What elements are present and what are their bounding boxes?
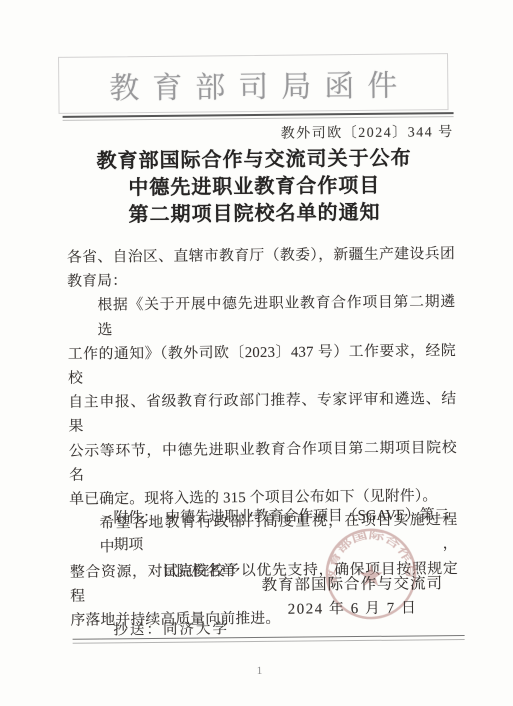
signature-org: 教育部国际合作与交流司 [261, 571, 443, 598]
notice-title: 教育部国际合作与交流司关于公布 中德先进职业教育合作项目 第二期项目院校名单的通… [60, 145, 449, 230]
cc-line: 抄送：同济大学 [113, 617, 229, 639]
notice-title-line-3: 第二期项目院校名单的通知 [60, 199, 448, 230]
notice-title-line-2: 中德先进职业教育合作项目 [60, 172, 448, 203]
attachment-line-1: 附件： 中德先进职业教育合作项目（SGAVE）第二期项 [69, 502, 458, 560]
body-line: 各省、自治区、直辖市教育厅（教委），新疆生产建设兵团 [67, 242, 455, 270]
letterhead-title: 教育部司局函件 [96, 60, 410, 107]
letterhead-divider [63, 112, 454, 121]
document-page: 教育部司局函件 教外司欧〔2024〕344 号 教育部国际合作与交流司关于公布 … [0, 0, 513, 706]
body-line: 工作的通知》（教外司欧〔2023〕437 号）工作要求，经院校 [68, 339, 456, 391]
doc-number: 教外司欧〔2024〕344 号 [281, 121, 454, 143]
signature-date: 2024 年 6 月 7 日 [262, 596, 444, 623]
signature-block: 教育部国际合作与交流司 2024 年 6 月 7 日 [261, 571, 443, 623]
scan-content: 教育部司局函件 教外司欧〔2024〕344 号 教育部国际合作与交流司关于公布 … [0, 0, 513, 706]
notice-title-line-1: 教育部国际合作与交流司关于公布 [60, 145, 448, 176]
page-number: 1 [3, 663, 513, 680]
body-line: 公示等环节，中德先进职业教育合作项目第二期项目院校名 [69, 436, 457, 488]
body-line: 根据《关于开展中德先进职业教育合作项目第二期遴选 [67, 290, 455, 342]
body-line: 自主申报、省级教育行政部门推荐、专家评审和遴选、结果 [68, 387, 456, 439]
letterhead-box: 教育部司局函件 [58, 53, 449, 114]
body-line: 教育局： [67, 266, 455, 294]
